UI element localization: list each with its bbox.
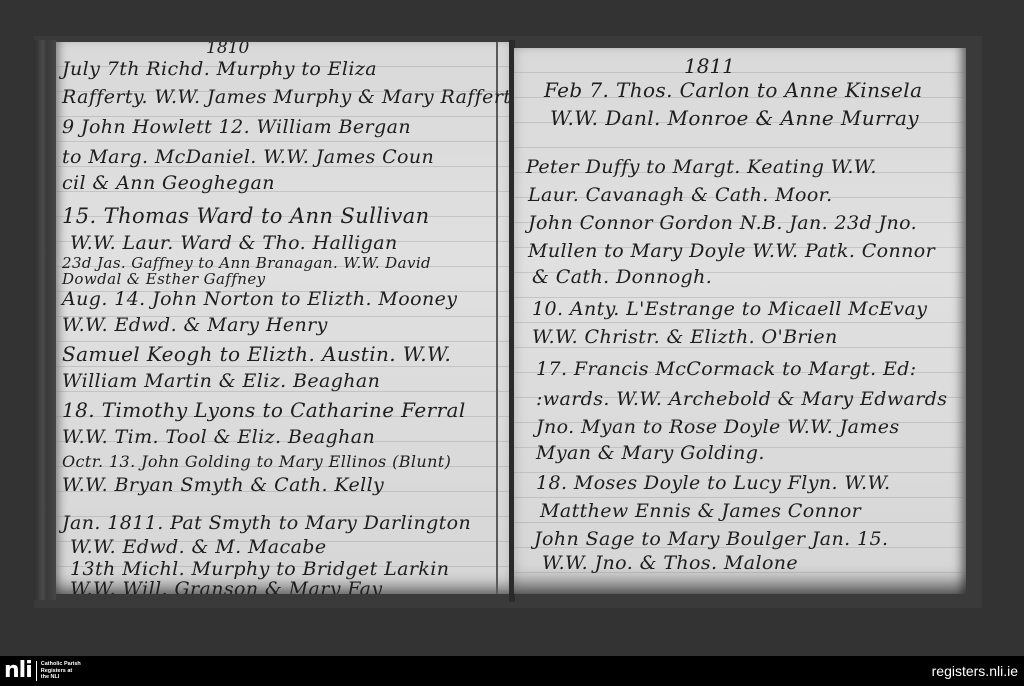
entry-line: John Sage to Mary Boulger Jan. 15. — [534, 528, 888, 550]
logo-divider — [36, 661, 37, 681]
nli-logo-mark: nli — [4, 660, 32, 682]
entry-line: 18. Timothy Lyons to Catharine Ferral — [62, 398, 466, 422]
entry-line: Octr. 13. John Golding to Mary Ellinos (… — [62, 452, 451, 471]
entry-line: :wards. W.W. Archebold & Mary Edwards — [536, 388, 947, 410]
entry-line: cil & Ann Geoghegan — [62, 172, 275, 194]
logo-text-line: the NLI — [41, 674, 81, 681]
entry-line: 9 John Howlett 12. William Bergan — [62, 116, 411, 138]
nli-logo[interactable]: nli Catholic Parish Registers at the NLI — [4, 660, 81, 682]
entry-line: Laur. Cavanagh & Cath. Moor. — [528, 184, 833, 206]
entry-line: W.W. Christr. & Elizth. O'Brien — [532, 326, 838, 348]
entry-line: & Cath. Donnogh. — [532, 266, 712, 288]
entry-line: W.W. Danl. Monroe & Anne Murray — [550, 106, 919, 130]
entry-line: 18. Moses Doyle to Lucy Flyn. W.W. — [536, 472, 891, 494]
entry-line: Samuel Keogh to Elizth. Austin. W.W. — [62, 342, 451, 366]
entry-line: W.W. Edwd. & M. Macabe — [70, 536, 327, 558]
entry-line: Matthew Ennis & James Connor — [540, 500, 861, 522]
entry-line: Jan. 1811. Pat Smyth to Mary Darlington — [62, 512, 471, 534]
entry-line: Peter Duffy to Margt. Keating W.W. — [526, 156, 877, 178]
entry-line: 10. Anty. L'Estrange to Micaell McEvay — [532, 298, 927, 320]
footer-bar: nli Catholic Parish Registers at the NLI… — [0, 656, 1024, 686]
entry-line: to Marg. McDaniel. W.W. James Coun — [62, 146, 434, 168]
right-page: 1811 Feb 7. Thos. Carlon to Anne Kinsela… — [514, 48, 966, 594]
year-heading: 1810 — [206, 42, 249, 58]
entry-line: Jno. Myan to Rose Doyle W.W. James — [536, 416, 900, 438]
entry-line: John Connor Gordon N.B. Jan. 23d Jno. — [528, 212, 917, 234]
entry-line: 17. Francis McCormack to Margt. Ed: — [536, 358, 917, 380]
image-viewer[interactable]: 1810 July 7th Richd. Murphy to Eliza Raf… — [0, 0, 1024, 656]
year-heading: 1811 — [684, 54, 735, 78]
entry-line: Rafferty. W.W. James Murphy & Mary Raffe… — [62, 86, 510, 108]
entry-line: Dowdal & Esther Gaffney — [62, 270, 266, 288]
entry-line: 13th Michl. Murphy to Bridget Larkin — [70, 558, 449, 580]
site-link[interactable]: registers.nli.ie — [932, 663, 1018, 679]
entry-line: W.W. Will. Granson & Mary Fay — [70, 578, 382, 594]
entry-line: W.W. Jno. & Thos. Malone — [542, 552, 798, 574]
book-binding-edge — [34, 40, 56, 600]
entry-line: W.W. Laur. Ward & Tho. Halligan — [70, 232, 398, 254]
entry-line: W.W. Bryan Smyth & Cath. Kelly — [62, 474, 384, 496]
entry-line: July 7th Richd. Murphy to Eliza — [62, 58, 377, 80]
logo-text: Catholic Parish Registers at the NLI — [41, 661, 81, 681]
entry-line: W.W. Tim. Tool & Eliz. Beaghan — [62, 426, 375, 448]
left-page: 1810 July 7th Richd. Murphy to Eliza Raf… — [56, 42, 510, 594]
margin-line — [496, 42, 498, 594]
entry-line: Mullen to Mary Doyle W.W. Patk. Connor — [528, 240, 935, 262]
entry-line: William Martin & Eliz. Beaghan — [62, 370, 380, 392]
entry-line: Feb 7. Thos. Carlon to Anne Kinsela — [544, 78, 922, 102]
entry-line: 15. Thomas Ward to Ann Sullivan — [62, 204, 430, 228]
entry-line: W.W. Edwd. & Mary Henry — [62, 314, 328, 336]
entry-line: Myan & Mary Golding. — [536, 442, 765, 464]
entry-line: Aug. 14. John Norton to Elizth. Mooney — [62, 288, 457, 310]
logo-text-line: Catholic Parish — [41, 661, 81, 668]
